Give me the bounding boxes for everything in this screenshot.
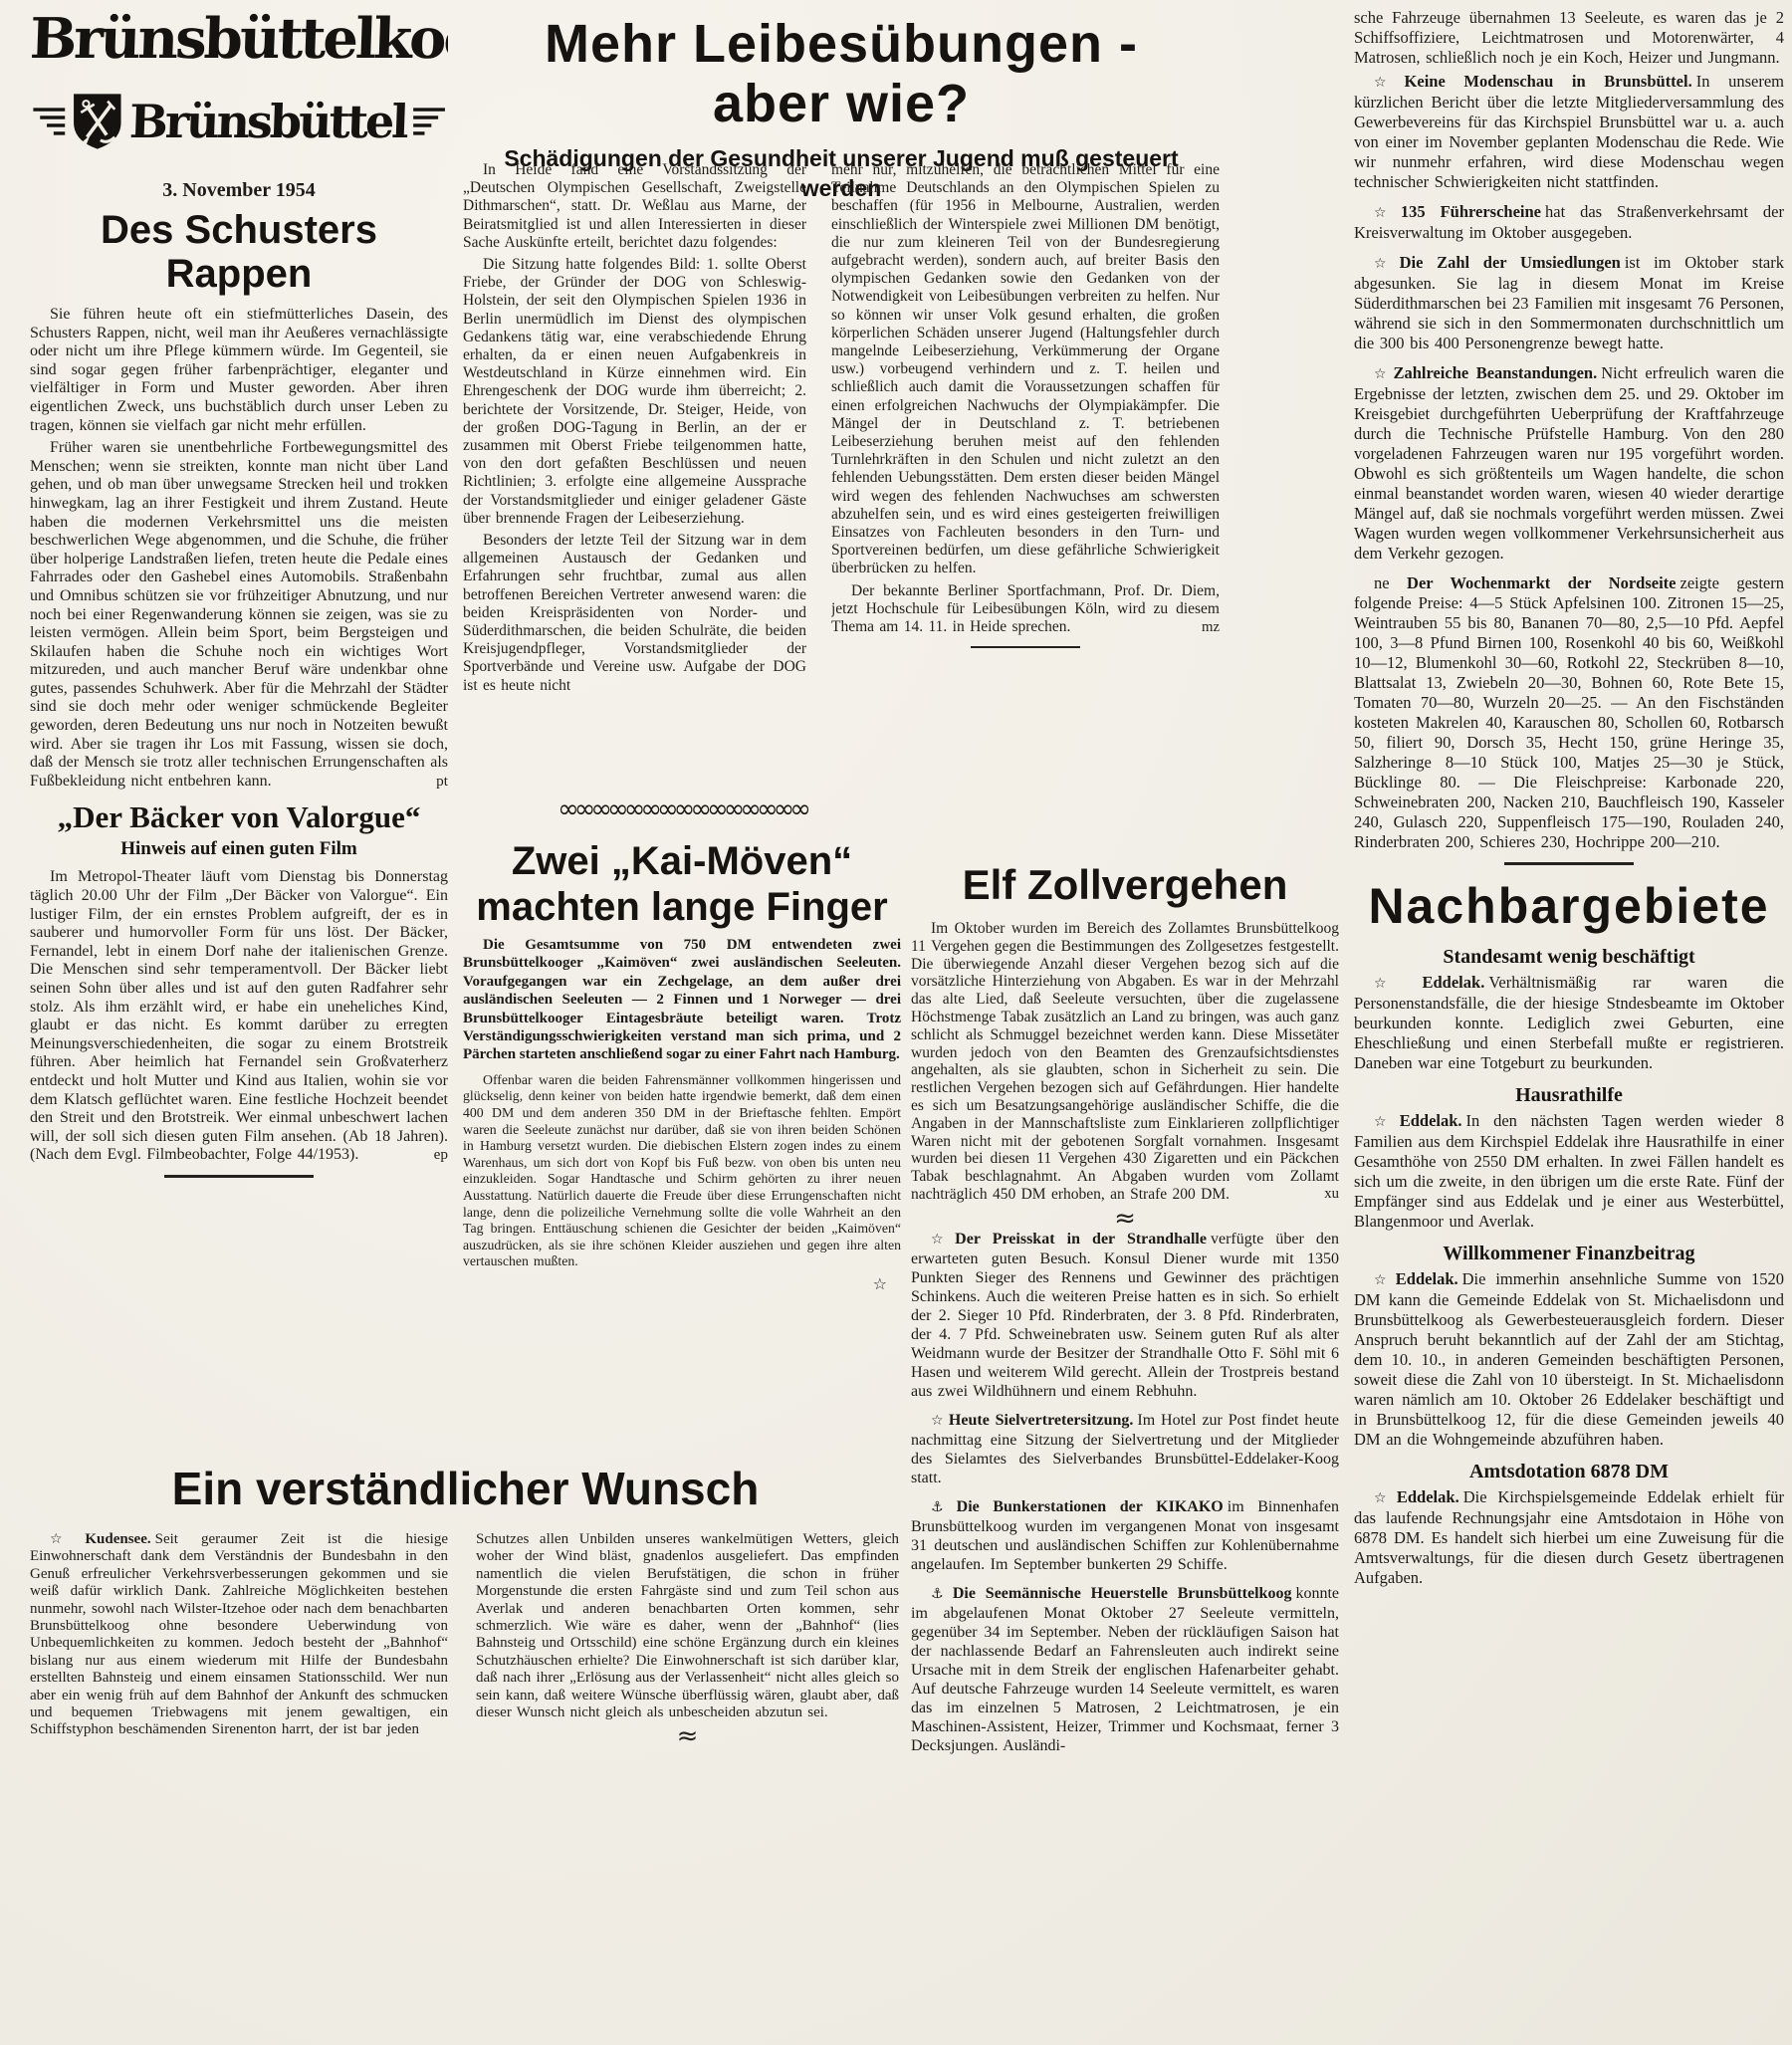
star-icon: ☆ xyxy=(1374,1490,1392,1506)
place-lead: Eddelak. xyxy=(1400,1111,1462,1130)
paragraph: Offenbar waren die beiden Fahrensmänner … xyxy=(463,1072,901,1270)
continuation-paragraph: sche Fahrzeuge übernahmen 13 Seeleute, e… xyxy=(1354,8,1784,68)
article-baecker-von-valorgue: „Der Bäcker von Valorgue“ Hinweis auf ei… xyxy=(30,800,448,1178)
correspondent-sign: mz xyxy=(1172,618,1220,636)
divider-rule xyxy=(971,646,1080,648)
paragraph: In Heide fand eine Vorstandssitzung der … xyxy=(463,161,806,252)
flourish-right-icon xyxy=(412,96,448,147)
paragraph: Früher waren sie unentbehrliche Fortbewe… xyxy=(30,439,448,791)
divider-rule xyxy=(1504,862,1634,865)
brief-amtsdotation: ☆Eddelak.Die Kirchspielsgemeinde Eddelak… xyxy=(1354,1487,1784,1588)
brief-hausrathilfe: ☆Eddelak.In den nächsten Tagen werden wi… xyxy=(1354,1111,1784,1232)
lead-headline-line1: Mehr Leibesübungen - xyxy=(463,14,1220,74)
lead-article-column-1: In Heide fand eine Vorstandssitzung der … xyxy=(463,161,806,806)
brief-beanstandungen: ☆Zahlreiche Beanstandungen.Nicht erfreul… xyxy=(1354,363,1784,564)
column-4: Elf Zollvergehen Im Oktober wurden im Be… xyxy=(911,862,1339,2041)
star-icon: ☆ xyxy=(1374,1272,1391,1288)
paragraph: Besonders der letzte Teil der Sitzung wa… xyxy=(463,532,806,695)
issue-date: 3. November 1954 xyxy=(30,179,448,202)
brief-umsiedlungen: ☆Die Zahl der Umsiedlungenist im Oktober… xyxy=(1354,253,1784,353)
article-title-line1: Zwei „Kai-Möven“ xyxy=(463,838,901,884)
star-icon: ☆ xyxy=(1374,976,1418,992)
subsection-title: Hausrathilfe xyxy=(1354,1083,1784,1107)
paragraph: mehr nur, mitzuhelfen, die beträchtliche… xyxy=(831,161,1220,578)
subsection-title: Amtsdotation 6878 DM xyxy=(1354,1460,1784,1483)
brief-text: konnte im abgelaufenen Monat Oktober 27 … xyxy=(911,1585,1339,1754)
article-title: Ein verständlicher Wunsch xyxy=(30,1464,901,1513)
column-5: sche Fahrzeuge übernahmen 13 Seeleute, e… xyxy=(1354,8,1784,2039)
end-star-icon: ☆ xyxy=(463,1274,901,1293)
brief-text: Verhältnismäßig rar waren die Personenst… xyxy=(1354,973,1784,1072)
paragraph: Sie führen heute oft ein stiefmütterlich… xyxy=(30,306,448,435)
star-icon: ☆ xyxy=(50,1531,80,1547)
star-icon: ☆ xyxy=(931,1232,950,1248)
place-lead: Eddelak. xyxy=(1423,973,1485,992)
paragraph: Im Oktober wurden im Bereich des Zollamt… xyxy=(911,920,1339,1204)
masthead-title-line2: Brünsbüttel xyxy=(128,97,406,146)
brief-text: Nicht erfreulich waren die Ergebnisse de… xyxy=(1354,363,1784,563)
brief-heuerstelle: ⚓Die Seemännische Heuerstelle Brunsbütte… xyxy=(911,1584,1339,1755)
brief-lead: Zahlreiche Beanstandungen. xyxy=(1393,363,1597,382)
subsection-title: Standesamt wenig beschäftigt xyxy=(1354,945,1784,969)
brief-wochenmarkt: ne Der Wochenmarkt der Nordseitezeigte g… xyxy=(1354,573,1784,852)
brief-lead: 135 Führerscheine xyxy=(1401,202,1541,221)
brief-lead: Der Preisskat in der Strandhalle xyxy=(955,1231,1207,1248)
anchor-icon: ⚓ xyxy=(931,1586,948,1602)
section-nachbargebiete: Nachbargebiete Standesamt wenig beschäft… xyxy=(1354,879,1784,1588)
brief-preisskat: ☆Der Preisskat in der Strandhalleverfügt… xyxy=(911,1230,1339,1401)
wunsch-column-a: ☆Kudensee.Seit geraumer Zeit ist die hie… xyxy=(30,1531,448,1747)
article-elf-zollvergehen: Elf Zollvergehen Im Oktober wurden im Be… xyxy=(911,862,1339,1204)
masthead-title-line1: Brünsbüttelkoog xyxy=(30,8,448,70)
article-subtitle: Hinweis auf einen guten Film xyxy=(30,838,448,860)
brief-lead: Der Wochenmarkt der Nordseite xyxy=(1407,573,1676,592)
brief-modenschau: ☆Keine Modenschau in Brunsbüttel.In unse… xyxy=(1354,72,1784,192)
lead-headline-line2: aber wie? xyxy=(463,74,1220,133)
correspondent-sign: ep xyxy=(404,1146,448,1165)
brief-fuehrerscheine: ☆135 Führerscheinehat das Straßenverkehr… xyxy=(1354,202,1784,243)
brief-sielvertretersitzung: ☆Heute Sielvertretersitzung.Im Hotel zur… xyxy=(911,1411,1339,1487)
article-title: Elf Zollvergehen xyxy=(911,862,1339,908)
star-icon: ☆ xyxy=(1374,205,1396,221)
brief-standesamt: ☆Eddelak.Verhältnismäßig rar waren die P… xyxy=(1354,973,1784,1073)
column-1: Brünsbüttelkoog Brünsbüttel xyxy=(30,8,448,1454)
article-lede: Die Gesamtsumme von 750 DM entwendeten z… xyxy=(463,936,901,1064)
wave-divider: ∞∞∞∞∞∞∞∞∞∞∞∞∞∞∞ xyxy=(468,796,896,822)
brief-finanzbeitrag: ☆Eddelak.Die immerhin ansehnliche Summe … xyxy=(1354,1269,1784,1450)
newspaper-page: Brünsbüttelkoog Brünsbüttel xyxy=(0,0,1792,2045)
lead-article-column-2: mehr nur, mitzuhelfen, die beträchtliche… xyxy=(831,161,1220,858)
divider-rule xyxy=(164,1175,314,1178)
star-icon: ☆ xyxy=(1374,75,1400,91)
wunsch-column-b: Schutzes allen Unbilden unseres wankelmü… xyxy=(476,1531,899,1747)
crest-icon xyxy=(72,72,123,171)
masthead: Brünsbüttelkoog Brünsbüttel xyxy=(30,8,448,171)
article-title-line2: machten lange Finger xyxy=(463,884,901,930)
brief-lead: Die Bunkerstationen der KIKAKO xyxy=(957,1498,1224,1515)
star-icon: ☆ xyxy=(931,1413,944,1429)
squiggle-divider: ≈ xyxy=(911,1208,1339,1230)
flourish-left-icon xyxy=(30,96,66,147)
brief-bunkerstationen: ⚓Die Bunkerstationen der KIKAKOim Binnen… xyxy=(911,1497,1339,1574)
correspondent-marker: ne xyxy=(1374,573,1390,592)
article-kai-moeven: Zwei „Kai-Möven“ machten lange Finger Di… xyxy=(463,838,901,1460)
article-title: „Der Bäcker von Valorgue“ xyxy=(30,800,448,834)
paragraph: Im Metropol-Theater läuft vom Dienstag b… xyxy=(30,868,448,1165)
brief-lead: Keine Modenschau in Brunsbüttel. xyxy=(1405,72,1692,91)
correspondent-sign: pt xyxy=(406,773,448,792)
paragraph: Der bekannte Berliner Sportfachmann, Pro… xyxy=(831,582,1220,637)
squiggle-divider: ≈ xyxy=(476,1725,899,1747)
brief-lead: Die Zahl der Umsiedlungen xyxy=(1400,253,1621,272)
paragraph: Die Sitzung hatte folgendes Bild: 1. sol… xyxy=(463,256,806,528)
article-title: Des Schusters Rappen xyxy=(30,208,448,296)
brief-text: verfügte über den erwarteten guten Besuc… xyxy=(911,1231,1339,1400)
article-ein-verstaendlicher-wunsch: Ein verständlicher Wunsch ☆Kudensee.Seit… xyxy=(30,1464,901,2021)
brief-lead: Heute Sielvertretersitzung. xyxy=(949,1412,1134,1429)
place-lead: Eddelak. xyxy=(1396,1269,1458,1288)
anchor-icon: ⚓ xyxy=(931,1499,952,1515)
place-lead: Kudensee. xyxy=(85,1531,150,1547)
brief-lead: Die Seemännische Heuerstelle Brunsbüttel… xyxy=(953,1585,1292,1602)
article-des-schusters-rappen: Des Schusters Rappen Sie führen heute of… xyxy=(30,208,448,791)
subsection-title: Willkommener Finanzbeitrag xyxy=(1354,1242,1784,1265)
star-icon: ☆ xyxy=(1374,1114,1395,1130)
star-icon: ☆ xyxy=(1374,366,1388,382)
star-icon: ☆ xyxy=(1374,256,1395,272)
paragraph: Schutzes allen Unbilden unseres wankelmü… xyxy=(476,1531,899,1721)
brief-text: Die immerhin ansehnliche Summe von 1520 … xyxy=(1354,1269,1784,1449)
correspondent-sign: xu xyxy=(1294,1186,1339,1204)
section-title: Nachbargebiete xyxy=(1354,879,1784,933)
place-lead: Eddelak. xyxy=(1397,1487,1459,1506)
paragraph: ☆Kudensee.Seit geraumer Zeit ist die hie… xyxy=(30,1531,448,1739)
brief-text: zeigte gestern folgende Preise: 4—5 Stüc… xyxy=(1354,573,1784,851)
